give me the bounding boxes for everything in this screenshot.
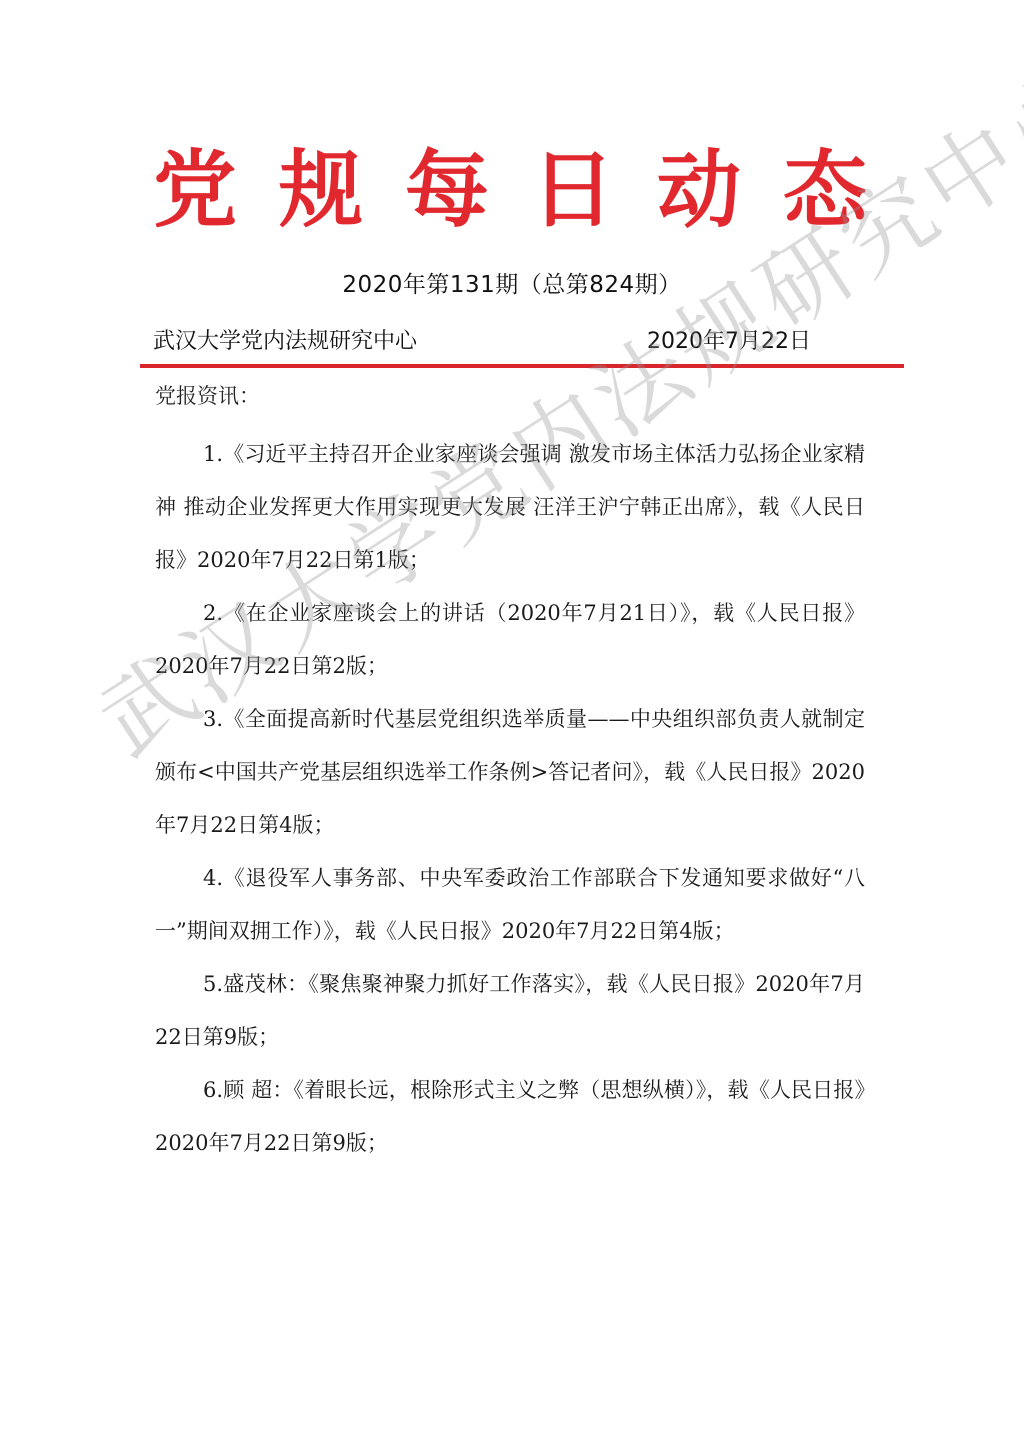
news-item: 3.《全面提高新时代基层党组织选举质量——中央组织部负责人就制定颁布<中国共产党… <box>155 693 865 852</box>
masthead-char: 规 <box>276 140 366 240</box>
section-label: 党报资讯： <box>155 380 260 410</box>
header-row: 武汉大学党内法规研究中心 2020年7月22日 <box>153 324 853 358</box>
masthead-char: 党 <box>150 140 240 240</box>
news-item: 6.顾 超：《着眼长远，根除形式主义之弊（思想纵横）》，载《人民日报》2020年… <box>155 1064 865 1170</box>
issue-date: 2020年7月22日 <box>647 324 811 355</box>
masthead-char: 态 <box>780 140 870 240</box>
news-list: 1.《习近平主持召开企业家座谈会强调 激发市场主体活力弘扬企业家精神 推动企业发… <box>155 428 865 1170</box>
news-item: 1.《习近平主持召开企业家座谈会强调 激发市场主体活力弘扬企业家精神 推动企业发… <box>155 428 865 587</box>
issue-number: 2020年第131期（总第824期） <box>0 266 1024 299</box>
news-item: 2.《在企业家座谈会上的讲话（2020年7月21日）》，载《人民日报》2020年… <box>155 587 865 693</box>
news-item: 5.盛茂林：《聚焦聚神聚力抓好工作落实》，载《人民日报》2020年7月22日第9… <box>155 958 865 1064</box>
news-item: 4.《退役军人事务部、中央军委政治工作部联合下发通知要求做好“八一”期间双拥工作… <box>155 852 865 958</box>
red-divider <box>140 364 904 368</box>
masthead-char: 动 <box>654 140 744 240</box>
organization-name: 武汉大学党内法规研究中心 <box>153 324 417 355</box>
masthead-char: 日 <box>528 140 618 240</box>
masthead-char: 每 <box>402 140 492 240</box>
masthead-title: 党 规 每 日 动 态 <box>150 140 870 240</box>
document-page: 党 规 每 日 动 态 2020年第131期（总第824期） 武汉大学党内法规研… <box>0 0 1024 1448</box>
